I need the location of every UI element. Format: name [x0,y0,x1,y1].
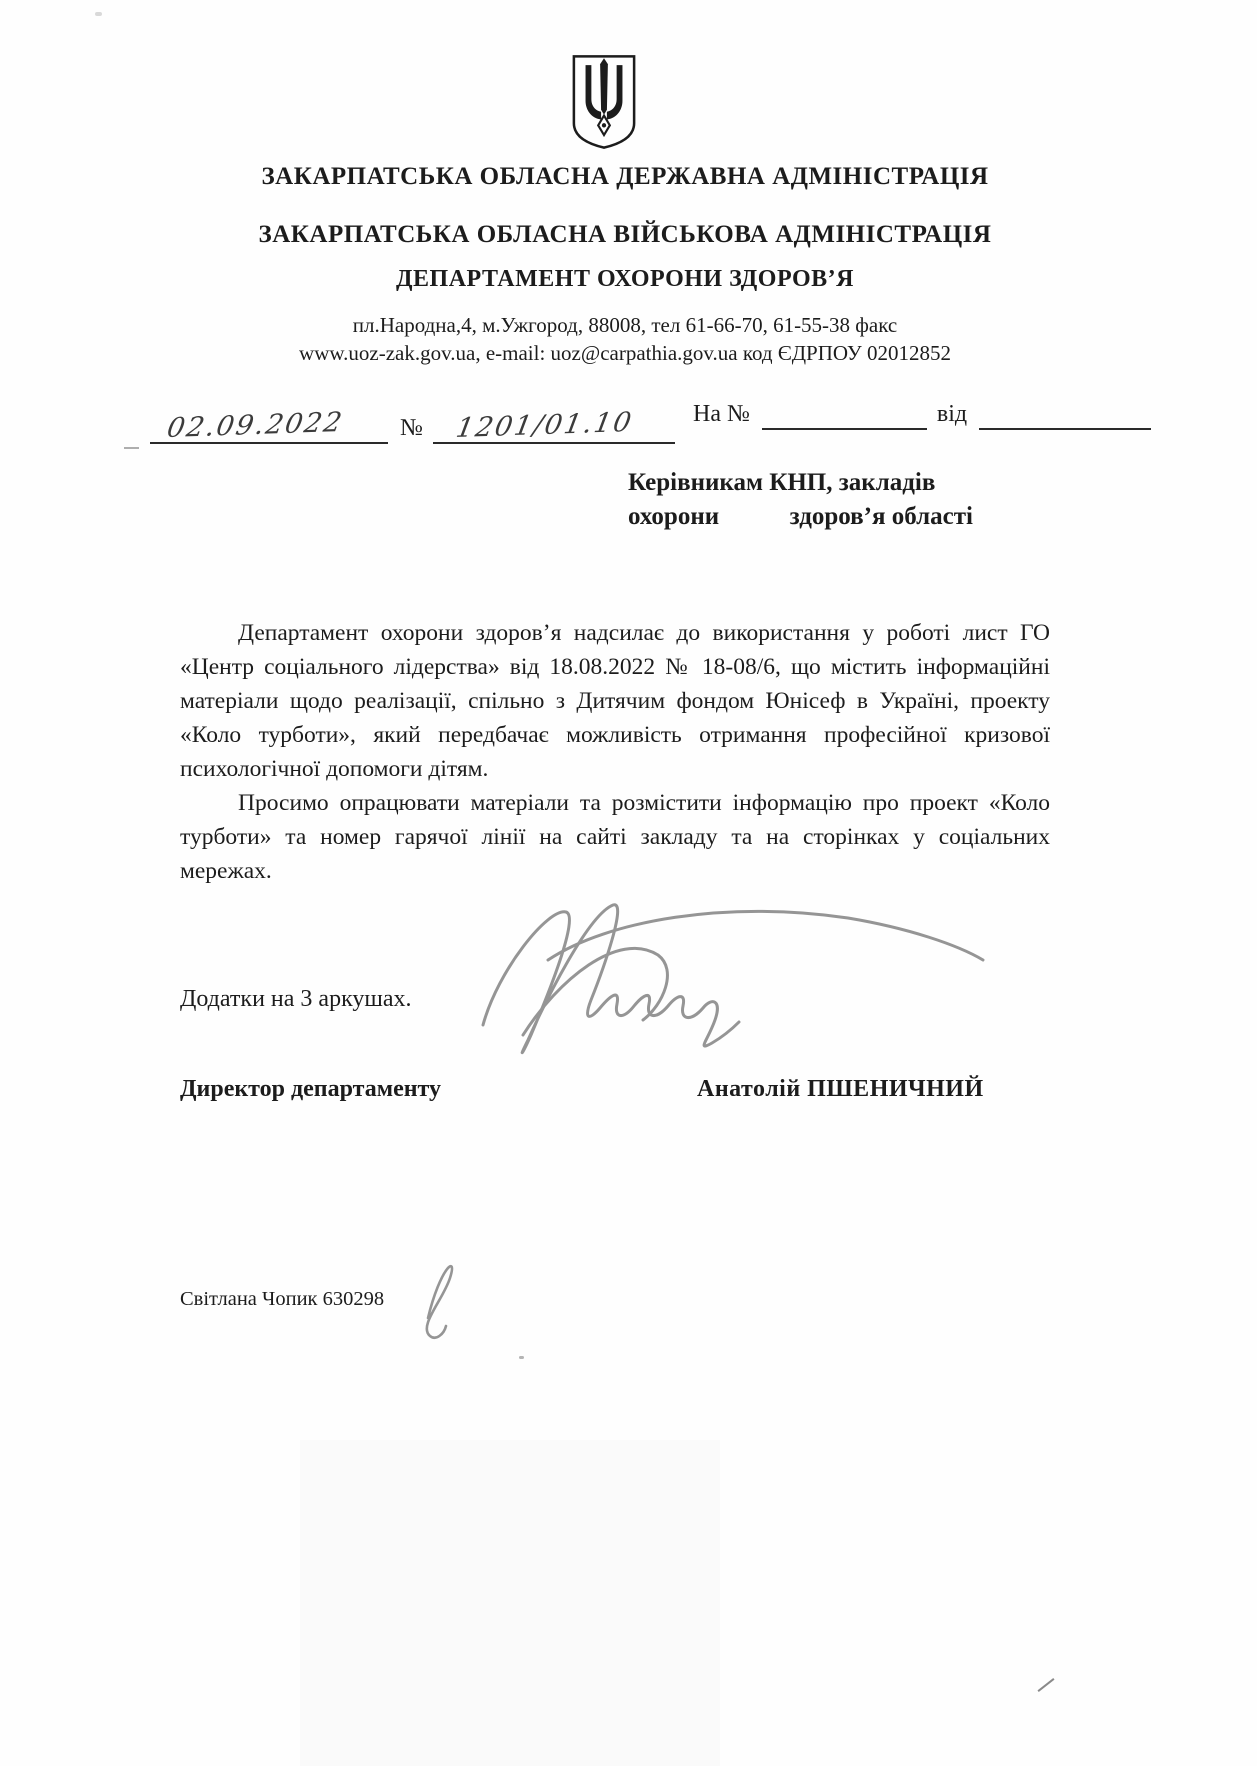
incoming-reference-fields: На № від [693,398,1151,430]
handwritten-number: 1201/01.10 [454,407,636,444]
scan-shading [300,1440,720,1766]
org-name-health-department: ДЕПАРТАМЕНТ ОХОРОНИ ЗДОРОВ’Я [20,266,1230,293]
org-address-line: пл.Народна,4, м.Ужгород, 88008, тел 61-6… [20,313,1230,338]
ukraine-trident-emblem-icon [570,53,638,151]
signer-position-title: Директор департаменту [180,1076,441,1103]
pen-initial-scribble-icon [400,1248,470,1343]
number-sign: № [388,415,433,444]
executor-contact: Світлана Чопик 630298 [180,1288,384,1311]
org-name-military-administration: ЗАКАРПАТСЬКА ОБЛАСНА ВІЙСЬКОВА АДМІНІСТР… [20,221,1230,249]
reply-number-blank [762,398,927,430]
scan-artifact-dot [519,1356,524,1359]
handwritten-date: 02.09.2022 [165,407,346,444]
pen-signature-scribble-icon [428,900,1003,1075]
reply-to-number-label: На № [693,401,750,430]
addressee-line2: охорони здоров’я області [628,500,973,534]
signer-name: Анатолій ПШЕНИЧНИЙ [697,1076,984,1103]
signature-main-stroke [483,905,739,1053]
addressee-line2-right: здоров’я області [790,500,973,534]
addressee-block: Керівникам КНП, закладів охорони здоров’… [628,466,973,534]
reply-from-label: від [927,401,979,430]
letter-body: Департамент охорони здоров’я надсилає до… [180,616,1050,888]
attachments-note: Додатки на 3 аркушах. [180,986,412,1013]
org-name-state-administration: ЗАКАРПАТСЬКА ОБЛАСНА ДЕРЖАВНА АДМІНІСТРА… [20,163,1230,191]
outgoing-date-blank: 02.09.2022 [150,408,388,444]
signature-top-arc [548,911,983,960]
addressee-line2-left: охорони [628,500,719,534]
scan-artifact-speck [95,12,102,16]
outgoing-reference-fields: 02.09.2022 № 1201/01.10 [150,408,675,444]
body-paragraph-1: Департамент охорони здоров’я надсилає до… [180,616,1050,786]
scan-artifact-tick [1038,1678,1055,1692]
scan-artifact-dash [124,447,139,449]
letterhead: ЗАКАРПАТСЬКА ОБЛАСНА ДЕРЖАВНА АДМІНІСТРА… [20,163,1230,366]
reply-date-blank [979,398,1151,430]
body-paragraph-2: Просимо опрацювати матеріали та розмісти… [180,786,1050,888]
scanned-letter-page: ЗАКАРПАТСЬКА ОБЛАСНА ДЕРЖАВНА АДМІНІСТРА… [0,0,1257,1766]
org-contacts-line: www.uoz-zak.gov.ua, e-mail: uoz@carpathi… [20,341,1230,366]
addressee-line1: Керівникам КНП, закладів [628,466,973,500]
outgoing-number-blank: 1201/01.10 [433,408,675,444]
